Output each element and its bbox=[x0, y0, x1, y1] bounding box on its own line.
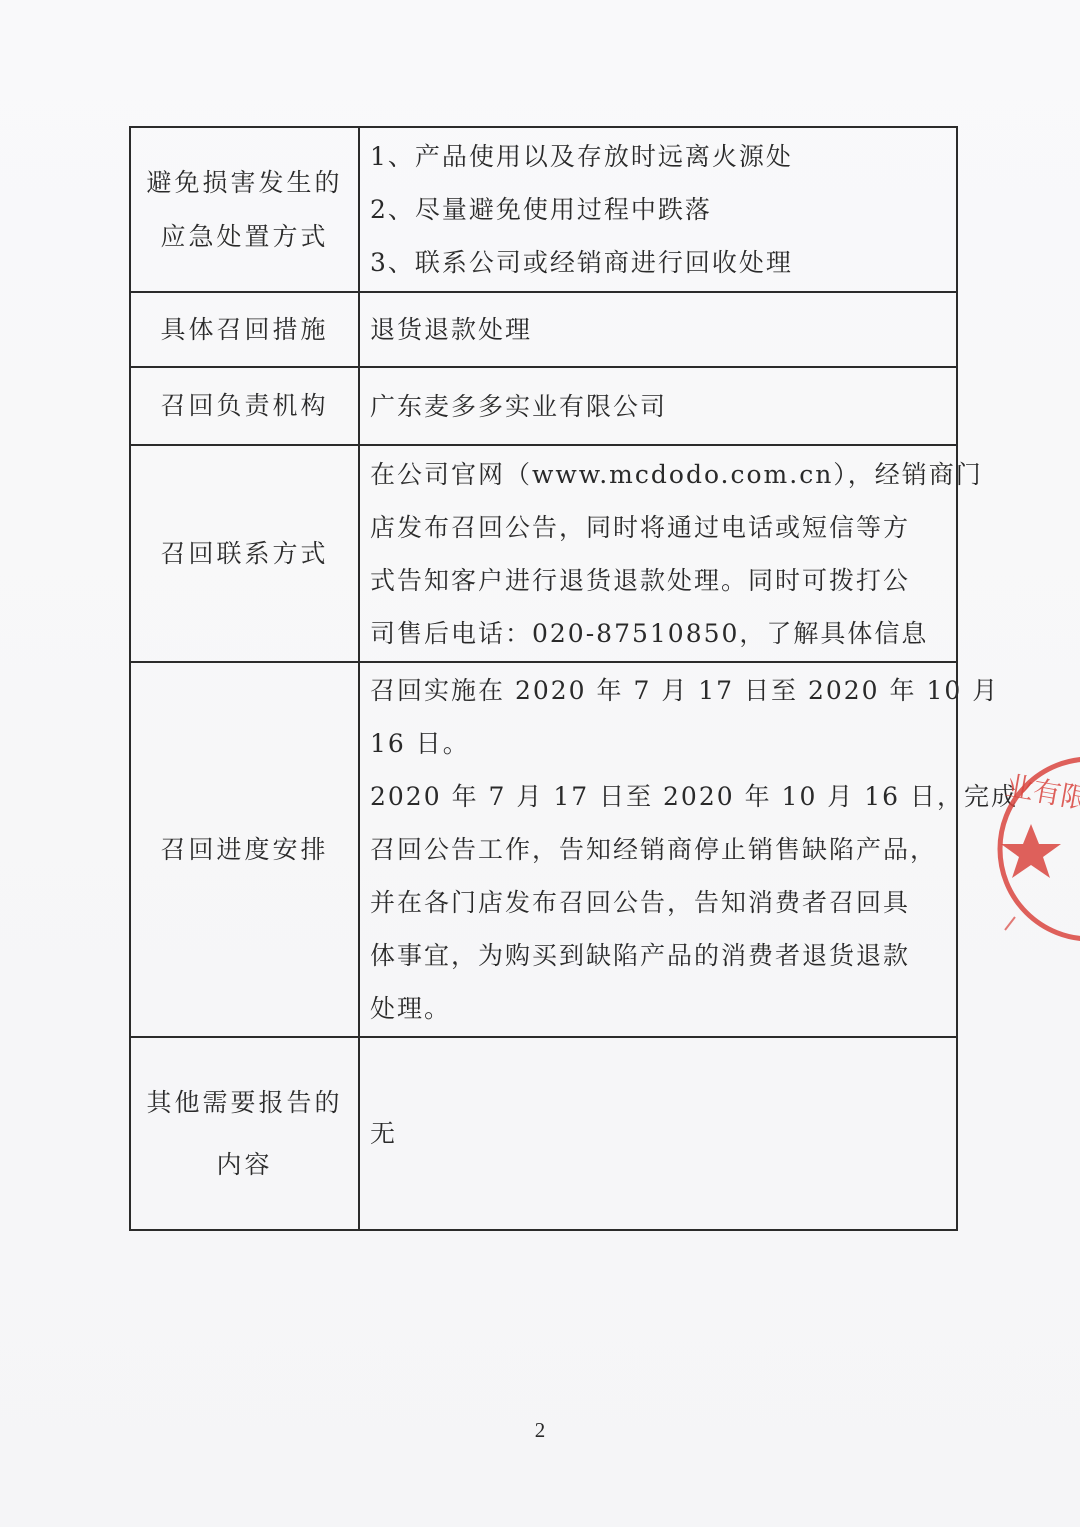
value-line: 2、尽量避免使用过程中跌落 bbox=[370, 183, 948, 236]
value-line: 2020 年 7 月 17 日至 2020 年 10 月 16 日，完成 bbox=[370, 770, 948, 823]
row-label: 其他需要报告的 内容 bbox=[130, 1037, 359, 1230]
row-label: 召回负责机构 bbox=[130, 367, 359, 445]
value-line: 司售后电话：020-87510850，了解具体信息 bbox=[370, 607, 948, 660]
label-line: 召回联系方式 bbox=[131, 527, 358, 581]
value-line: 广东麦多多实业有限公司 bbox=[370, 380, 948, 433]
value-line: 在公司官网（www.mcdodo.com.cn），经销商门 bbox=[370, 448, 948, 501]
row-value: 在公司官网（www.mcdodo.com.cn），经销商门 店发布召回公告，同时… bbox=[359, 445, 957, 662]
value-line: 召回实施在 2020 年 7 月 17 日至 2020 年 10 月 bbox=[370, 664, 948, 717]
recall-info-table: 避免损害发生的 应急处置方式 1、产品使用以及存放时远离火源处 2、尽量避免使用… bbox=[129, 126, 958, 1231]
row-value: 召回实施在 2020 年 7 月 17 日至 2020 年 10 月 16 日。… bbox=[359, 662, 957, 1037]
row-label: 召回联系方式 bbox=[130, 445, 359, 662]
row-value: 1、产品使用以及存放时远离火源处 2、尽量避免使用过程中跌落 3、联系公司或经销… bbox=[359, 127, 957, 292]
label-line: 其他需要报告的 bbox=[131, 1072, 358, 1134]
value-line: 无 bbox=[370, 1107, 948, 1160]
table-row-recall-measures: 具体召回措施 退货退款处理 bbox=[130, 292, 957, 367]
label-line: 召回进度安排 bbox=[131, 823, 358, 877]
value-line: 3、联系公司或经销商进行回收处理 bbox=[370, 236, 948, 289]
table-row-recall-schedule: 召回进度安排 召回实施在 2020 年 7 月 17 日至 2020 年 10 … bbox=[130, 662, 957, 1037]
value-line: 召回公告工作，告知经销商停止销售缺陷产品， bbox=[370, 823, 948, 876]
table-row-responsible-org: 召回负责机构 广东麦多多实业有限公司 bbox=[130, 367, 957, 445]
value-line: 店发布召回公告，同时将通过电话或短信等方 bbox=[370, 501, 948, 554]
row-label: 召回进度安排 bbox=[130, 662, 359, 1037]
table-row-emergency-measures: 避免损害发生的 应急处置方式 1、产品使用以及存放时远离火源处 2、尽量避免使用… bbox=[130, 127, 957, 292]
label-line: 避免损害发生的 bbox=[131, 156, 358, 210]
label-line: 召回负责机构 bbox=[131, 379, 358, 433]
row-label: 具体召回措施 bbox=[130, 292, 359, 367]
value-line: 处理。 bbox=[370, 982, 948, 1035]
label-line: 具体召回措施 bbox=[131, 303, 358, 357]
value-line: 体事宜，为购买到缺陷产品的消费者退货退款 bbox=[370, 929, 948, 982]
row-value: 退货退款处理 bbox=[359, 292, 957, 367]
label-line: 内容 bbox=[131, 1134, 358, 1196]
seal-ring-icon: 业有限 bbox=[995, 752, 1080, 947]
value-line: 16 日。 bbox=[370, 717, 948, 770]
company-seal: 业有限 bbox=[995, 752, 1080, 947]
value-line: 并在各门店发布召回公告，告知消费者召回具 bbox=[370, 876, 948, 929]
row-value: 广东麦多多实业有限公司 bbox=[359, 367, 957, 445]
page-number: 2 bbox=[0, 1418, 1080, 1443]
seal-text: 业有限 bbox=[1003, 769, 1080, 816]
label-line: 应急处置方式 bbox=[131, 210, 358, 264]
value-line: 退货退款处理 bbox=[370, 303, 948, 356]
document-page: 避免损害发生的 应急处置方式 1、产品使用以及存放时远离火源处 2、尽量避免使用… bbox=[0, 0, 1080, 1527]
value-line: 式告知客户进行退货退款处理。同时可拨打公 bbox=[370, 554, 948, 607]
table-row-other-content: 其他需要报告的 内容 无 bbox=[130, 1037, 957, 1230]
star-icon bbox=[1001, 824, 1061, 878]
table-row-contact-method: 召回联系方式 在公司官网（www.mcdodo.com.cn），经销商门 店发布… bbox=[130, 445, 957, 662]
row-value: 无 bbox=[359, 1037, 957, 1230]
row-label: 避免损害发生的 应急处置方式 bbox=[130, 127, 359, 292]
value-line: 1、产品使用以及存放时远离火源处 bbox=[370, 130, 948, 183]
